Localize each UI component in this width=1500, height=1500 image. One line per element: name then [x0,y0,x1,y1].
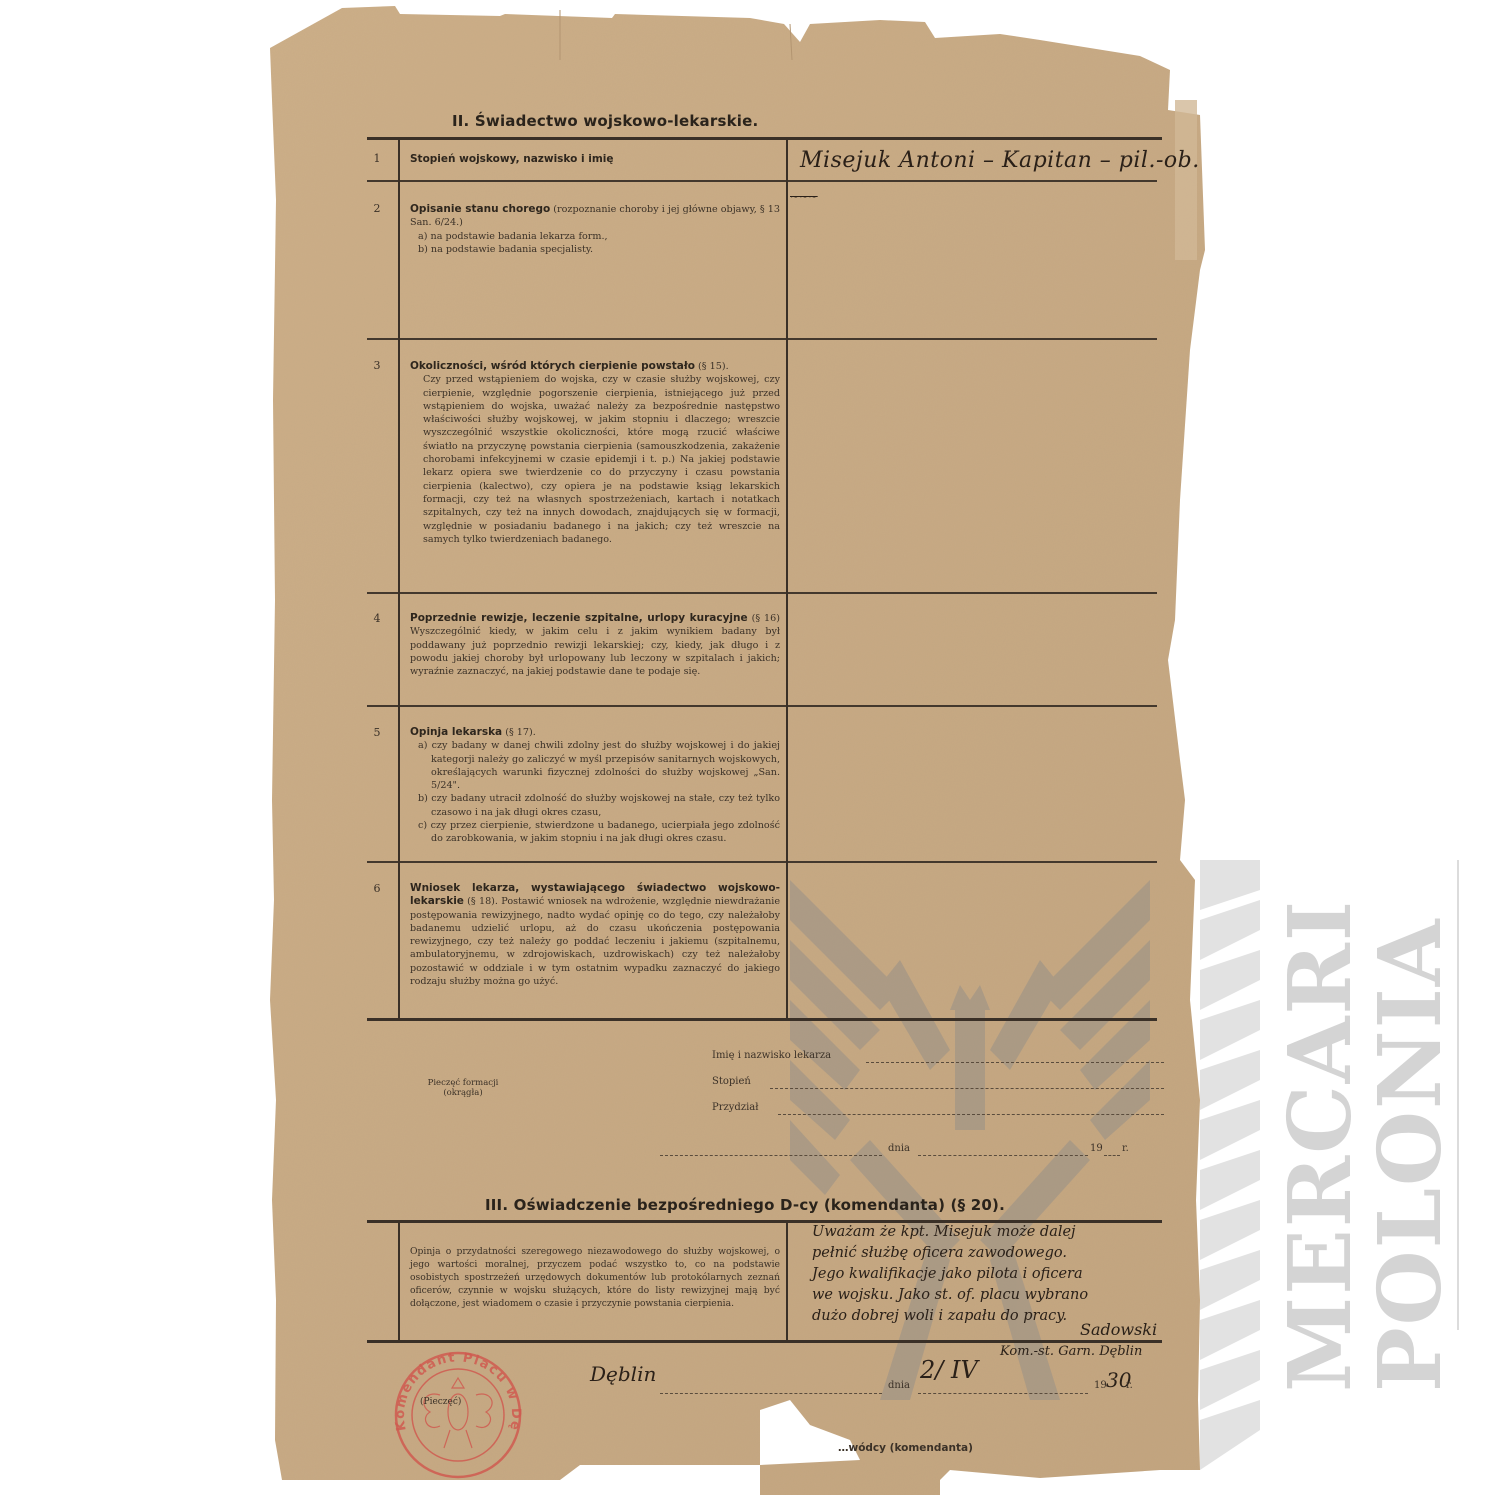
handwritten-name-rank: Misejuk Antoni – Kapitan – pil.-ob. [800,148,1200,173]
place-field[interactable] [660,1155,882,1156]
row-item: b) na podstawie badania specjalisty. [418,243,780,256]
row-1-label: Stopień wojskowy, nazwisko i imię [410,153,780,166]
row-item: a) czy badany w danej chwili zdolny jest… [418,739,780,792]
stamp-placeholder-label: (Pieczęć) [420,1397,461,1407]
stamp-label-line: (okrągła) [418,1088,508,1098]
date-year-field[interactable] [1104,1155,1120,1156]
row-number: 5 [362,726,392,739]
row-4-label: Poprzednie rewizje, leczenie szpitalne, … [410,612,780,678]
handwritten-line: Jego kwalifikacje jako pilota i oficera [812,1264,1172,1285]
row-heading-suffix: (§ 16) [748,613,780,624]
section-ii-title: II. Świadectwo wojskowo-lekarskie. [452,112,758,130]
date-day-label: dnia [888,1143,910,1154]
row-heading: Opisanie stanu chorego [410,203,550,215]
row-divider [367,592,1157,594]
commander-title-handwritten: Kom.-st. Garn. Dęblin [1000,1344,1142,1359]
section-iii-title: III. Oświadczenie bezpośredniego D-cy (k… [485,1196,1005,1214]
row-heading: Poprzednie rewizje, leczenie szpitalne, … [410,612,748,624]
row-5-label: Opinja lekarska (§ 17). a) czy badany w … [410,726,780,846]
commander-signature-label: …wódcy (komendanta) [838,1442,973,1454]
row-heading: Opinja lekarska [410,726,502,738]
row-body: Wyszczególnić kiedy, w jakim celu i z ja… [410,626,780,677]
row-divider [367,338,1157,340]
date-year-printed: 19 [1094,1380,1107,1391]
row-divider [367,705,1157,707]
doctor-name-field[interactable] [866,1062,1164,1063]
row-number: 4 [362,612,392,625]
section-iii-right-divider [786,1222,788,1340]
date-year-suffix: r. [1126,1380,1133,1391]
row-number: 6 [362,882,392,895]
row-heading: Okoliczności, wśród których cierpienie p… [410,360,695,372]
row-heading-suffix: (§ 15). [695,361,729,372]
handwritten-line: pełnić służbę oficera zawodowego. [812,1243,1172,1264]
row-6-label: Wniosek lekarza, wystawiającego świadect… [410,882,780,988]
row-3-label: Okoliczności, wśród których cierpienie p… [410,360,780,546]
column-divider-right [786,140,788,1018]
row-2-label: Opisanie stanu chorego (rozpoznanie chor… [410,203,780,256]
watermark-text-mercari: MERCARI [1270,899,1371,1392]
date-handwritten: 2/ IV [920,1356,978,1384]
commander-handwritten-opinion: Uważam że kpt. Misejuk może dalej pełnić… [812,1222,1172,1327]
row-number: 2 [362,202,392,215]
row-item: c) czy przez cierpienie, stwierdzone u b… [418,819,780,846]
row-number: 1 [362,152,392,165]
section-iii-bottom-rule [367,1340,1162,1343]
row-body: Postawić wniosek na wdrożenie, względnie… [410,896,780,987]
date-day-field[interactable] [918,1393,1088,1394]
row-item: b) czy badany utracił zdolność do służby… [418,792,780,819]
doctor-name-label: Imię i nazwisko lekarza [712,1050,831,1061]
place-field[interactable] [660,1393,882,1394]
section-iii-description: Opinja o przydatności szeregowego niezaw… [410,1245,780,1310]
rank-label: Stopień [712,1076,751,1087]
row-heading-suffix: (§ 17). [502,727,536,738]
section-iii-left-divider [398,1222,400,1340]
row-divider [367,180,1157,182]
date-day-label: dnia [888,1380,910,1391]
watermark-text-polonia: POLONIA [1360,917,1461,1392]
stamp-label-line: Pieczęć formacji [418,1078,508,1088]
handwritten-line: we wojsku. Jako st. of. placu wybrano [812,1285,1172,1306]
table-top-rule [367,137,1162,140]
date-year-prefix: 19 [1090,1143,1103,1154]
table-bottom-rule [367,1018,1157,1021]
row-heading: Stopień wojskowy, nazwisko i imię [410,153,614,165]
formation-stamp-label: Pieczęć formacji (okrągła) [418,1078,508,1098]
assignment-field[interactable] [778,1114,1164,1115]
date-day-field[interactable] [918,1155,1088,1156]
medical-certificate-form: II. Świadectwo wojskowo-lekarskie. 1 2 3… [0,0,1500,1500]
handwritten-strikeout: ~~~ [790,190,818,203]
row-divider [367,861,1157,863]
row-heading-suffix: (§ 18). [464,896,498,907]
place-handwritten: Dęblin [590,1362,656,1386]
row-number: 3 [362,359,392,372]
column-divider-left [398,140,400,1018]
row-item: a) na podstawie badania lekarza form., [418,230,780,243]
row-body: Czy przed wstąpieniem do wojska, czy w c… [410,373,780,546]
section-iii-description-text: Opinja o przydatności szeregowego niezaw… [410,1246,780,1309]
handwritten-line: Uważam że kpt. Misejuk może dalej [812,1222,1172,1243]
date-year-suffix: r. [1122,1143,1129,1154]
rank-field[interactable] [770,1088,1164,1089]
commander-signature: Sadowski [1080,1320,1157,1339]
assignment-label: Przydział [712,1102,759,1113]
